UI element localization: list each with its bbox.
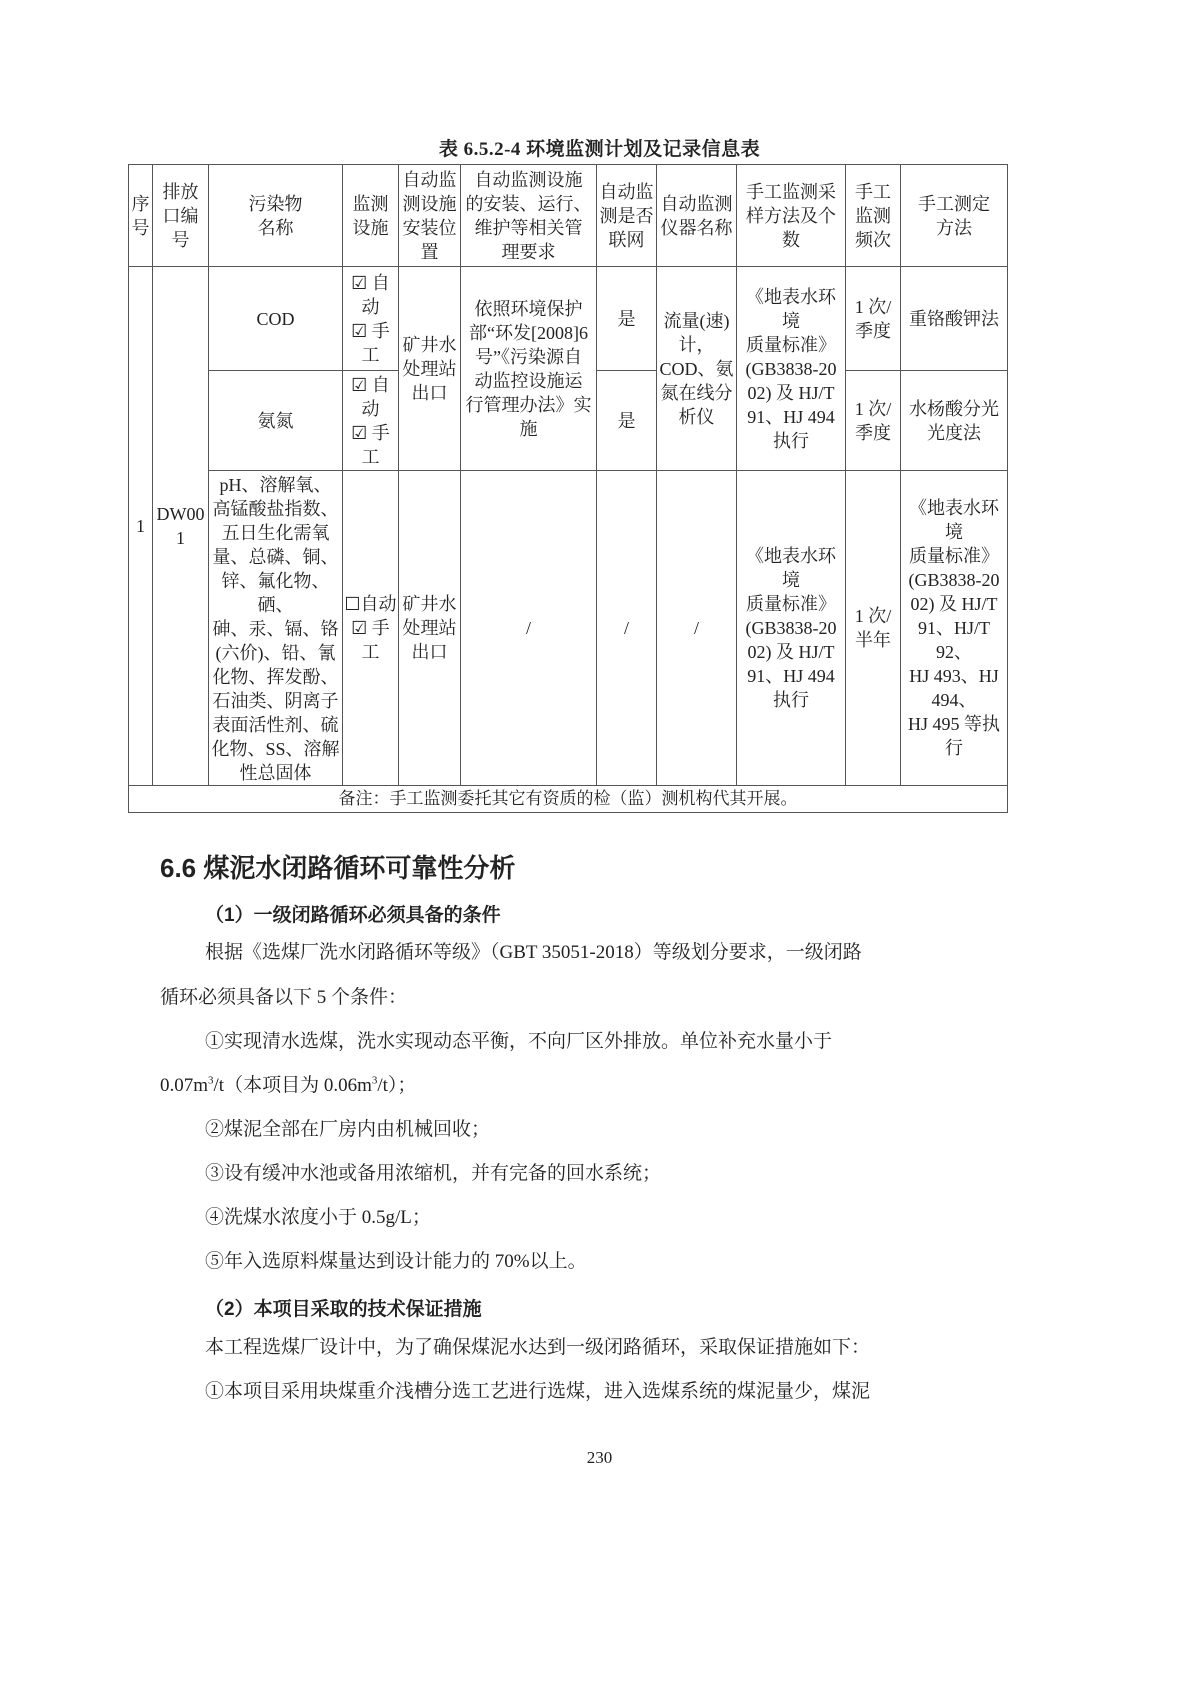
cell-instrument: 流量(速)计，COD、氨氮在线分析仪 — [657, 267, 737, 471]
cell-sampling-method-other: 《地表水环境质量标准》(GB3838-2002) 及 HJ/T91、HJ 494… — [737, 471, 846, 786]
cell-install-requirement: 依照环境保护部“环发[2008]6号”《污染源自动监控设施运行管理办法》实施 — [461, 267, 597, 471]
cell-outlet-id: DW001 — [153, 267, 209, 786]
cell-pollutant-list: pH、溶解氧、高锰酸盐指数、五日生化需氧量、总磷、铜、锌、氟化物、硒、砷、汞、镉… — [209, 471, 343, 786]
header-pollutant: 污染物名称 — [209, 165, 343, 267]
subsection-heading-1: （1）一级闭路循环必须具备的条件 — [205, 900, 501, 927]
paragraph-intro-line1: 根据《选煤厂洗水闭路循环等级》（GBT 35051-2018）等级划分要求，一级… — [205, 941, 862, 965]
cell-pollutant-ammonia: 氨氮 — [209, 371, 343, 471]
cell-facility-ammonia: ☑ 自动☑ 手工 — [343, 371, 399, 471]
table-header-row: 序号 排放口编号 污染物名称 监测设施 自动监测设施安装位置 自动监测设施的安装… — [129, 165, 1008, 267]
section-heading: 6.6 煤泥水闭路循环可靠性分析 — [160, 848, 515, 885]
cell-install-location-other: 矿井水处理站出口 — [399, 471, 461, 786]
table-row-cod: 1 DW001 COD ☑ 自动☑ 手工 矿井水处理站出口 依照环境保护部“环发… — [129, 267, 1008, 371]
cell-networked-ammonia: 是 — [597, 371, 657, 471]
cell-facility-other: ☐自动☑ 手工 — [343, 471, 399, 786]
header-networked: 自动监测是否联网 — [597, 165, 657, 267]
cell-measure-method-ammonia: 水杨酸分光光度法 — [901, 371, 1008, 471]
table-note: 备注：手工监测委托其它有资质的检（监）测机构代其开展。 — [129, 786, 1008, 813]
cell-install-location: 矿井水处理站出口 — [399, 267, 461, 471]
header-instrument: 自动监测仪器名称 — [657, 165, 737, 267]
cell-instrument-other: / — [657, 471, 737, 786]
header-outlet-id: 排放口编号 — [153, 165, 209, 267]
condition-5: ⑤年入选原料煤量达到设计能力的 70%以上。 — [205, 1250, 587, 1274]
header-install-requirement: 自动监测设施的安装、运行、维护等相关管理要求 — [461, 165, 597, 267]
cell-measure-method-other: 《地表水环境质量标准》(GB3838-2002) 及 HJ/T91、HJ/T 9… — [901, 471, 1008, 786]
monitoring-plan-table: 序号 排放口编号 污染物名称 监测设施 自动监测设施安装位置 自动监测设施的安装… — [128, 164, 1008, 813]
condition-4: ④洗煤水浓度小于 0.5g/L； — [205, 1206, 431, 1230]
paragraph-intro-line2: 循环必须具备以下 5 个条件： — [160, 986, 407, 1010]
header-measure-method: 手工测定方法 — [901, 165, 1008, 267]
condition-3: ③设有缓冲水池或备用浓缩机，并有完备的回水系统； — [205, 1162, 661, 1186]
header-sampling-method: 手工监测采样方法及个数 — [737, 165, 846, 267]
cell-sampling-method: 《地表水环境质量标准》(GB3838-2002) 及 HJ/T91、HJ 494… — [737, 267, 846, 471]
cell-measure-method-cod: 重铬酸钾法 — [901, 267, 1008, 371]
header-facility: 监测设施 — [343, 165, 399, 267]
cell-frequency-cod: 1 次/季度 — [846, 267, 901, 371]
condition-2: ②煤泥全部在厂房内由机械回收； — [205, 1118, 490, 1142]
header-seq: 序号 — [129, 165, 153, 267]
cell-facility-cod: ☑ 自动☑ 手工 — [343, 267, 399, 371]
table-note-row: 备注：手工监测委托其它有资质的检（监）测机构代其开展。 — [129, 786, 1008, 813]
table-caption: 表 6.5.2-4 环境监测计划及记录信息表 — [0, 134, 1199, 161]
table-row-other-pollutants: pH、溶解氧、高锰酸盐指数、五日生化需氧量、总磷、铜、锌、氟化物、硒、砷、汞、镉… — [129, 471, 1008, 786]
cell-networked-cod: 是 — [597, 267, 657, 371]
subsection-heading-2: （2）本项目采取的技术保证措施 — [205, 1294, 482, 1321]
cell-networked-other: / — [597, 471, 657, 786]
cell-pollutant-cod: COD — [209, 267, 343, 371]
condition-1-line1: ①实现清水选煤，洗水实现动态平衡，不向厂区外排放。单位补充水量小于 — [205, 1030, 832, 1054]
measure-1: ①本项目采用块煤重介浅槽分选工艺进行选煤，进入选煤系统的煤泥量少，煤泥 — [205, 1380, 870, 1404]
cell-frequency-ammonia: 1 次/季度 — [846, 371, 901, 471]
header-install-location: 自动监测设施安装位置 — [399, 165, 461, 267]
cell-seq: 1 — [129, 267, 153, 786]
measures-intro: 本工程选煤厂设计中，为了确保煤泥水达到一级闭路循环，采取保证措施如下： — [205, 1336, 870, 1360]
page-number: 230 — [0, 1448, 1199, 1468]
cell-install-requirement-other: / — [461, 471, 597, 786]
header-frequency: 手工监测频次 — [846, 165, 901, 267]
condition-1-line2: 0.07m3/t（本项目为 0.06m3/t）； — [160, 1074, 416, 1098]
cell-frequency-other: 1 次/半年 — [846, 471, 901, 786]
